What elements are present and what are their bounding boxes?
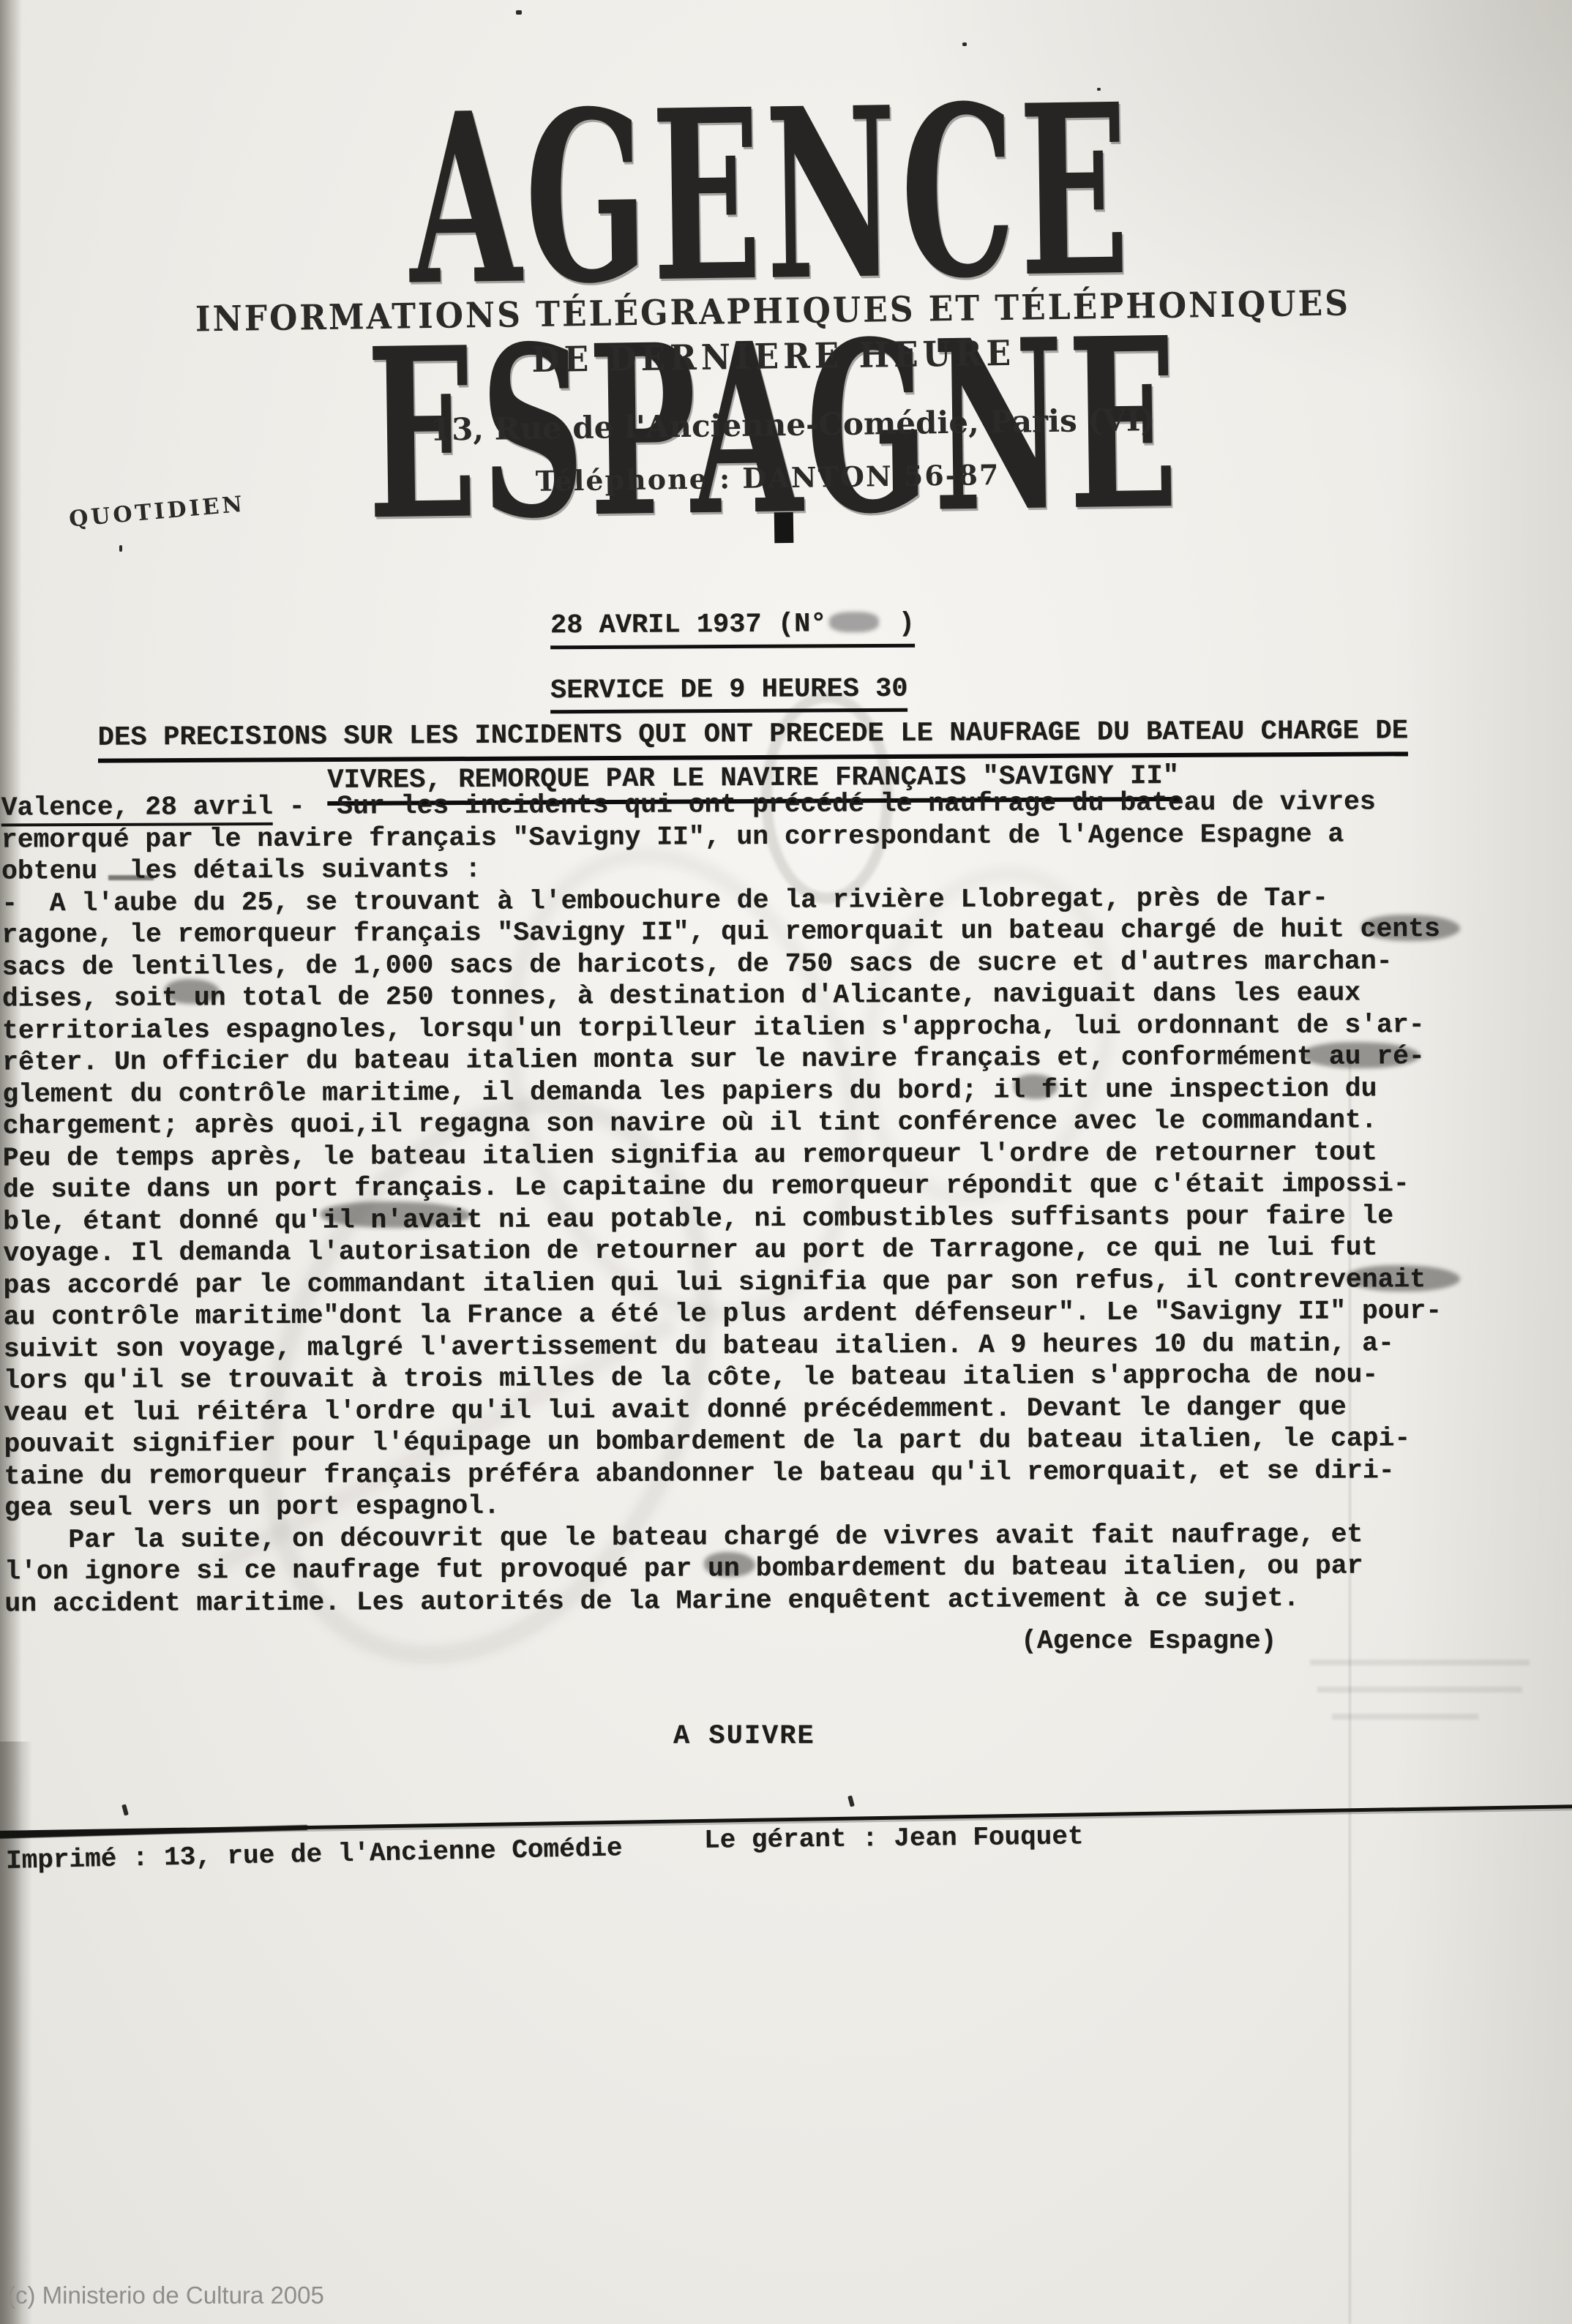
ink-smudge <box>1303 1042 1420 1068</box>
article-body: Valence, 28 avril - Sur les incidents qu… <box>1 785 1527 1619</box>
body-line: un accident maritime. Les autorités de l… <box>4 1581 1527 1620</box>
footer-rule <box>0 1825 307 1839</box>
strike-mark <box>108 875 154 880</box>
issue-date-suffix: ) <box>882 609 915 640</box>
footer-manager: Le gérant : Jean Fouquet <box>704 1821 1084 1855</box>
bleedthrough-text-line <box>1310 1660 1530 1665</box>
scan-edge-shadow <box>0 1742 32 2324</box>
ink-smudge <box>704 1552 755 1577</box>
archive-copyright: (c) Ministerio de Cultura 2005 <box>7 2282 324 2309</box>
bleedthrough-text-line <box>1332 1714 1478 1720</box>
ink-smudge <box>1347 1265 1460 1292</box>
ink-smudge <box>165 979 220 1004</box>
body-line: remorqué par le navire français "Savigny… <box>1 817 1524 856</box>
black-square-ornament <box>774 512 794 543</box>
ink-smudge <box>1014 1074 1058 1099</box>
dust-speck <box>121 1804 129 1815</box>
headline-line1: DES PRECISIONS SUR LES INCIDENTS QUI ONT… <box>0 711 1539 763</box>
dust-speck <box>516 10 522 15</box>
continuation-label: A SUIVRE <box>673 1721 815 1752</box>
dust-speck <box>962 42 967 46</box>
ink-smudge <box>321 1202 471 1228</box>
issue-date-line: 28 AVRIL 1937 (N° ) <box>550 609 915 650</box>
issue-date-prefix: 28 AVRIL 1937 (N° <box>550 609 827 641</box>
footer-imprint: Imprimé : 13, rue de l'Ancienne Comédie <box>6 1833 623 1876</box>
service-line: SERVICE DE 9 HEURES 30 <box>550 674 908 714</box>
issue-number-smudge <box>829 612 879 632</box>
bleedthrough-text-line <box>1317 1687 1522 1693</box>
agency-signature: (Agence Espagne) <box>1021 1626 1276 1656</box>
body-line: taine du remorqueur français préféra aba… <box>4 1454 1527 1493</box>
scan-page: AGENCE ESPAGNE INFORMATIONS TÉLÉGRAPHIQU… <box>0 0 1572 2324</box>
dust-speck <box>847 1795 855 1807</box>
ink-smudge <box>1361 915 1460 941</box>
